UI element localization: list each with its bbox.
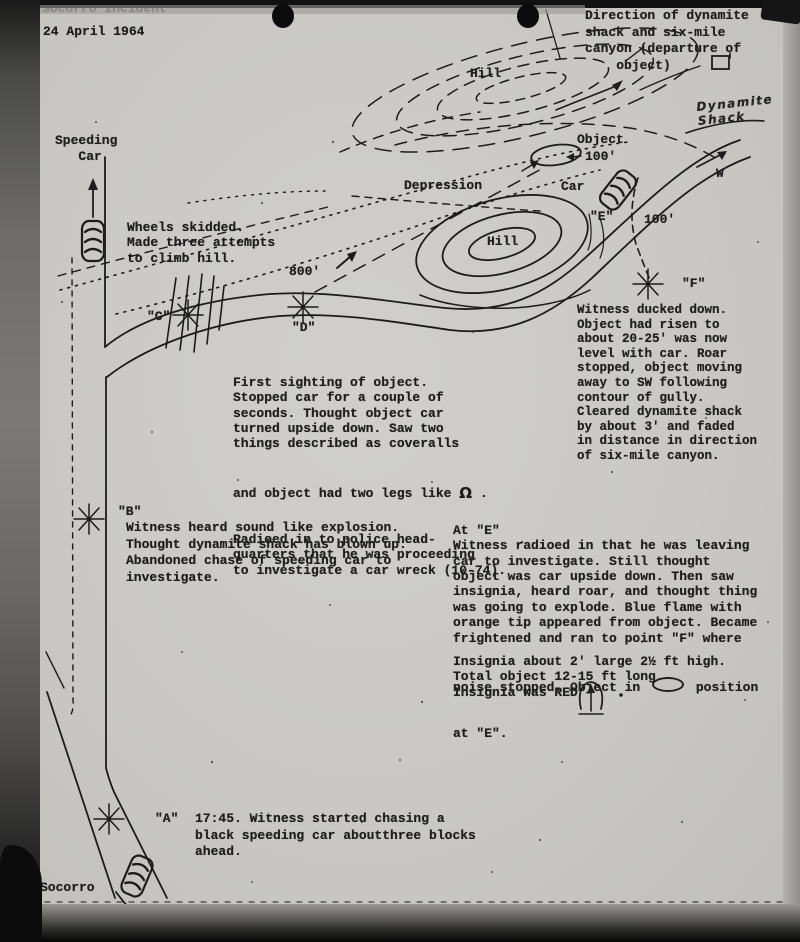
point-d-label: "D" <box>292 320 315 335</box>
point-a-label: "A" <box>155 811 178 826</box>
note-point-b: Witness heard sound like explosion. Thou… <box>126 520 407 586</box>
at-e-last-line: at "E". <box>453 726 758 741</box>
note-point-a: 17:45. Witness started chasing a black s… <box>195 811 476 861</box>
object-label: Object <box>577 132 624 147</box>
punch-hole-left <box>272 4 294 28</box>
distance-800-label: 800' <box>289 264 320 279</box>
at-e-lines-top: At "E" Witness radioed in that he was le… <box>453 523 758 646</box>
punch-hole-right <box>517 4 539 28</box>
bottom-car-icon <box>119 853 155 898</box>
socorro-label: Socorro <box>40 880 95 895</box>
note-witness-ducked: Witness ducked down. Object had risen to… <box>577 303 757 464</box>
e-distance-label: 100' <box>644 212 675 227</box>
note-wheels-skidded: Wheels skidded. Made three attempts to c… <box>127 220 275 266</box>
point-b-label: "B" <box>118 504 141 519</box>
star-marker-c <box>173 300 203 330</box>
point-e-label: "E" <box>590 209 613 224</box>
scan-edge-right <box>783 0 800 942</box>
sight-lines <box>315 167 650 292</box>
note-direction-of-departure: Direction of dynamite shack and six-mile… <box>585 8 749 74</box>
hill-oval-label: Hill <box>487 234 518 249</box>
insignia-symbol-icon <box>574 679 630 717</box>
legs-line-pre: and object had two legs like <box>233 486 459 501</box>
scan-top-smear <box>40 5 585 14</box>
star-marker-b <box>74 504 104 534</box>
car-label: Car <box>561 179 584 194</box>
object-oval <box>522 142 582 171</box>
scan-corner-bottom-left <box>0 845 42 942</box>
speeding-car-label: Speeding Car <box>55 133 117 165</box>
speeding-car-icon <box>82 221 104 261</box>
star-marker-d <box>288 292 318 322</box>
point-f-label: "F" <box>682 276 705 291</box>
scan-edge-bottom <box>0 904 800 942</box>
depression-label: Depression <box>404 178 482 193</box>
star-marker-f <box>633 269 663 299</box>
page-date: 24 April 1964 <box>43 24 144 39</box>
star-marker-a <box>94 804 124 834</box>
scan-edge-left <box>0 0 40 942</box>
note-at-e: At "E" Witness radioed in that he was le… <box>453 492 758 772</box>
west-label: W <box>716 166 724 181</box>
object-distance-label: 100' <box>585 149 616 164</box>
point-c-label: "C" <box>147 309 170 324</box>
scanned-incident-map: Socorro Incident 24 April 1964 Direction… <box>0 0 800 942</box>
first-sighting-lines-top: First sighting of object. Stopped car fo… <box>233 375 506 452</box>
hill-top-label: Hill <box>470 66 501 81</box>
